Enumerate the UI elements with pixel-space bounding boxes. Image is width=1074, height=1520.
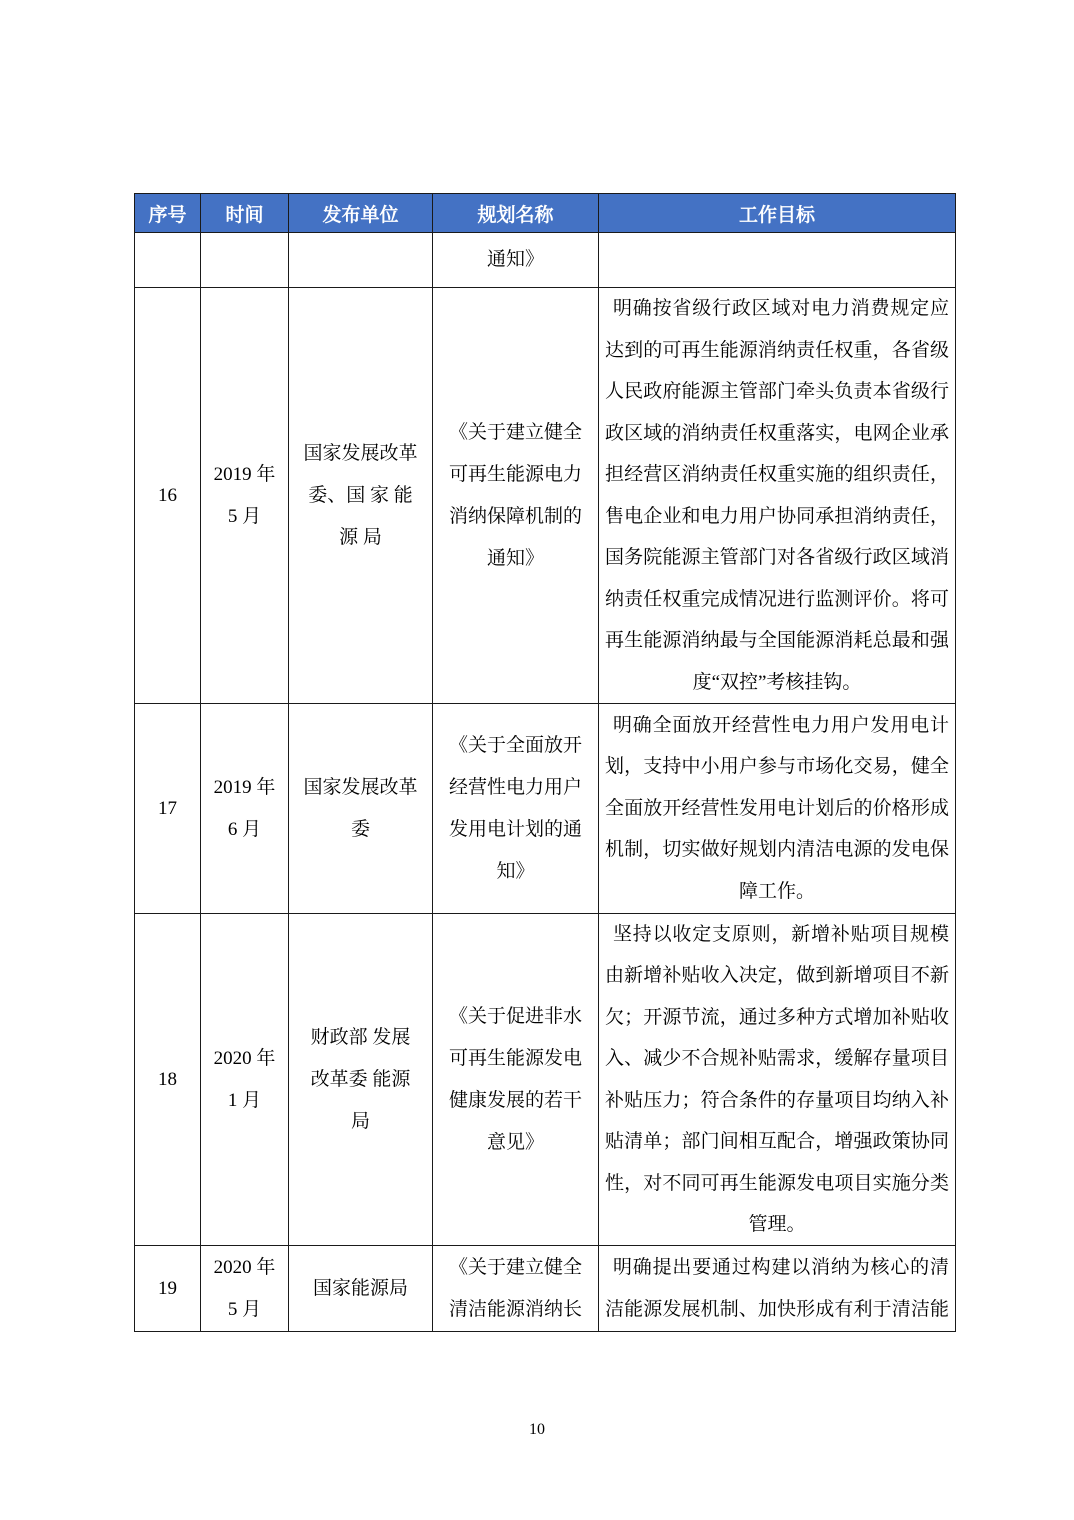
org-line: 财政部 发展 bbox=[289, 1017, 432, 1059]
org-line: 委 bbox=[289, 809, 432, 851]
header-cell-plan: 规划名称 bbox=[433, 194, 599, 233]
cell-time bbox=[201, 233, 289, 288]
cell-goal: 明确提出要通过构建以消纳为核心的清洁能源发展机制、加快形成有利于清洁能 bbox=[599, 1246, 956, 1332]
header-cell-time: 时间 bbox=[201, 194, 289, 233]
plan-line: 可再生能源电力 bbox=[433, 454, 598, 496]
cell-plan: 《关于全面放开 经营性电力用户 发用电计划的通 知》 bbox=[433, 704, 599, 914]
cell-goal: 明确按省级行政区域对电力消费规定应达到的可再生能源消纳责任权重，各省级人民政府能… bbox=[599, 288, 956, 704]
table-header-row: 序号 时间 发布单位 规划名称 工作目标 bbox=[135, 194, 956, 233]
table-row-17: 17 2019 年 6 月 国家发展改革 委 《关于全面放开 经营性电力用户 发… bbox=[135, 704, 956, 914]
cell-no: 18 bbox=[135, 914, 201, 1246]
goal-text: 明确全面放开经营性电力用户发用电计划，支持中小用户参与市场化交易，健全全面放开经… bbox=[599, 705, 955, 913]
cell-plan: 《关于建立健全 可再生能源电力 消纳保障机制的 通知》 bbox=[433, 288, 599, 704]
org-line: 局 bbox=[289, 1101, 432, 1143]
time-line: 6 月 bbox=[201, 809, 288, 851]
goal-text: 明确提出要通过构建以消纳为核心的清洁能源发展机制、加快形成有利于清洁能 bbox=[599, 1247, 955, 1330]
row-number: 18 bbox=[135, 1059, 200, 1101]
table-row-19: 19 2020 年 5 月 国家能源局 《关于建立健全 清洁能源消纳长 明确提出… bbox=[135, 1246, 956, 1332]
plan-line: 健康发展的若干 bbox=[433, 1080, 598, 1122]
row-number: 17 bbox=[135, 788, 200, 830]
plan-line: 《关于建立健全 bbox=[433, 412, 598, 454]
org-line: 源 局 bbox=[289, 517, 432, 559]
cell-no: 16 bbox=[135, 288, 201, 704]
plan-line: 知》 bbox=[433, 851, 598, 893]
row-number: 16 bbox=[135, 475, 200, 517]
page-number: 10 bbox=[0, 1421, 1074, 1439]
time-line: 1 月 bbox=[201, 1080, 288, 1122]
plan-line: 通知》 bbox=[433, 239, 598, 281]
plan-line: 意见》 bbox=[433, 1122, 598, 1164]
policy-table: 序号 时间 发布单位 规划名称 工作目标 通知》 16 2019 年 5 月 国… bbox=[134, 193, 956, 1332]
cell-goal: 坚持以收定支原则，新增补贴项目规模由新增补贴收入决定，做到新增项目不新欠；开源节… bbox=[599, 914, 956, 1246]
document-page: 序号 时间 发布单位 规划名称 工作目标 通知》 16 2019 年 5 月 国… bbox=[0, 0, 1074, 1520]
org-line: 国家能源局 bbox=[289, 1268, 432, 1310]
table-row-continuation: 通知》 bbox=[135, 233, 956, 288]
org-line: 国家发展改革 bbox=[289, 767, 432, 809]
cell-goal: 明确全面放开经营性电力用户发用电计划，支持中小用户参与市场化交易，健全全面放开经… bbox=[599, 704, 956, 914]
cell-org: 国家能源局 bbox=[289, 1246, 433, 1332]
time-line: 2019 年 bbox=[201, 767, 288, 809]
plan-line: 经营性电力用户 bbox=[433, 767, 598, 809]
time-line: 2019 年 bbox=[201, 454, 288, 496]
cell-org: 国家发展改革 委 bbox=[289, 704, 433, 914]
plan-line: 《关于全面放开 bbox=[433, 725, 598, 767]
header-cell-org: 发布单位 bbox=[289, 194, 433, 233]
row-number: 19 bbox=[135, 1268, 200, 1310]
goal-text: 坚持以收定支原则，新增补贴项目规模由新增补贴收入决定，做到新增项目不新欠；开源节… bbox=[599, 914, 955, 1246]
header-cell-goal: 工作目标 bbox=[599, 194, 956, 233]
time-line: 5 月 bbox=[201, 496, 288, 538]
plan-line: 可再生能源发电 bbox=[433, 1038, 598, 1080]
plan-line: 通知》 bbox=[433, 538, 598, 580]
table-row-16: 16 2019 年 5 月 国家发展改革 委、国 家 能 源 局 《关于建立健全… bbox=[135, 288, 956, 704]
plan-line: 《关于建立健全 bbox=[433, 1247, 598, 1289]
org-line: 改革委 能源 bbox=[289, 1059, 432, 1101]
cell-plan: 通知》 bbox=[433, 233, 599, 288]
time-line: 5 月 bbox=[201, 1289, 288, 1331]
plan-line: 《关于促进非水 bbox=[433, 996, 598, 1038]
goal-text: 明确按省级行政区域对电力消费规定应达到的可再生能源消纳责任权重，各省级人民政府能… bbox=[599, 288, 955, 703]
cell-time: 2019 年 6 月 bbox=[201, 704, 289, 914]
cell-plan: 《关于建立健全 清洁能源消纳长 bbox=[433, 1246, 599, 1332]
cell-plan: 《关于促进非水 可再生能源发电 健康发展的若干 意见》 bbox=[433, 914, 599, 1246]
header-cell-no: 序号 bbox=[135, 194, 201, 233]
cell-no: 19 bbox=[135, 1246, 201, 1332]
cell-time: 2020 年 1 月 bbox=[201, 914, 289, 1246]
plan-line: 发用电计划的通 bbox=[433, 809, 598, 851]
org-line: 委、国 家 能 bbox=[289, 475, 432, 517]
cell-time: 2020 年 5 月 bbox=[201, 1246, 289, 1332]
time-line: 2020 年 bbox=[201, 1038, 288, 1080]
cell-time: 2019 年 5 月 bbox=[201, 288, 289, 704]
org-line: 国家发展改革 bbox=[289, 433, 432, 475]
cell-org bbox=[289, 233, 433, 288]
cell-no bbox=[135, 233, 201, 288]
time-line: 2020 年 bbox=[201, 1247, 288, 1289]
cell-goal bbox=[599, 233, 956, 288]
table-row-18: 18 2020 年 1 月 财政部 发展 改革委 能源 局 《关于促进非水 可再… bbox=[135, 914, 956, 1246]
cell-no: 17 bbox=[135, 704, 201, 914]
plan-line: 消纳保障机制的 bbox=[433, 496, 598, 538]
plan-line: 清洁能源消纳长 bbox=[433, 1289, 598, 1331]
cell-org: 财政部 发展 改革委 能源 局 bbox=[289, 914, 433, 1246]
cell-org: 国家发展改革 委、国 家 能 源 局 bbox=[289, 288, 433, 704]
